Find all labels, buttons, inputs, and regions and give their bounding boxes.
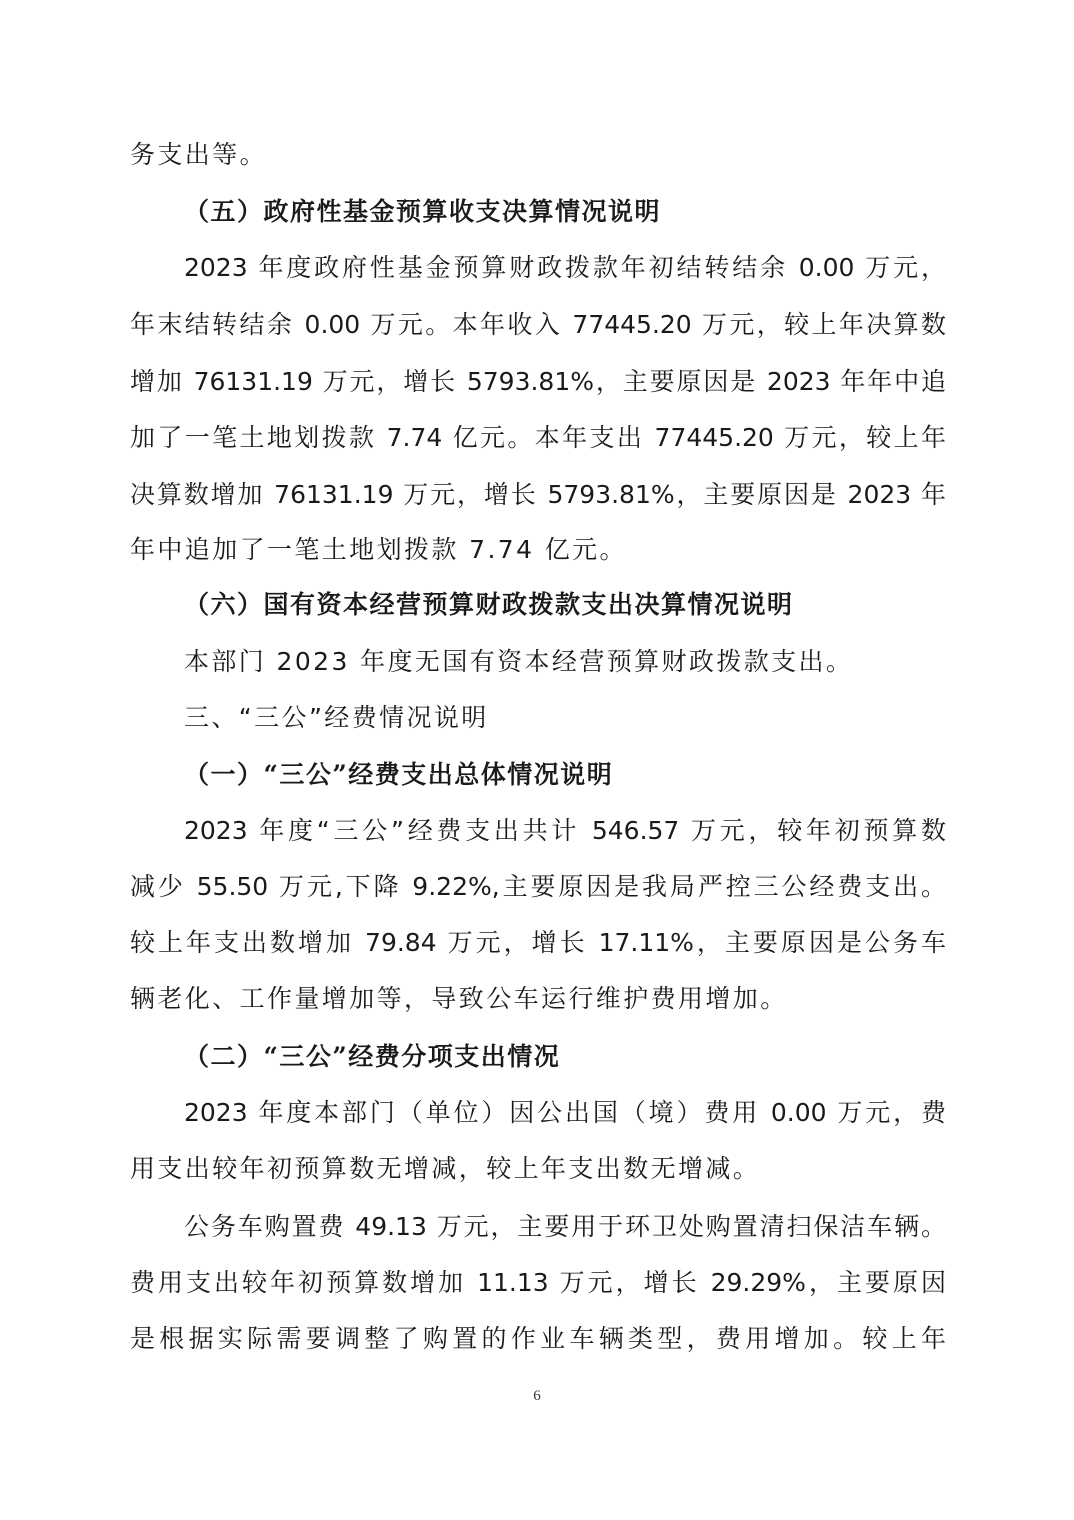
paragraph-line: 年中追加了一笔土地划拨款 7.74 亿元。 (130, 530, 946, 570)
paragraph-line: 减少 55.50 万元,下降 9.22%,主要原因是我局严控三公经费支出。 (130, 867, 946, 907)
paragraph-line: 年末结转结余 0.00 万元。本年收入 77445.20 万元，较上年决算数 (130, 305, 946, 345)
paragraph-line: 务支出等。 (130, 135, 946, 175)
paragraph-line: 决算数增加 76131.19 万元，增长 5793.81%，主要原因是 2023… (130, 475, 946, 515)
paragraph-line: 公务车购置费 49.13 万元，主要用于环卫处购置清扫保洁车辆。 (184, 1207, 946, 1247)
paragraph-line: 加了一笔土地划拨款 7.74 亿元。本年支出 77445.20 万元，较上年 (130, 418, 946, 458)
paragraph-line: 2023 年度“三公”经费支出共计 546.57 万元，较年初预算数 (184, 811, 946, 851)
section-heading: （一）“三公”经费支出总体情况说明 (184, 755, 946, 795)
page-number: 6 (0, 1388, 1074, 1405)
paragraph-line: 辆老化、工作量增加等，导致公车运行维护费用增加。 (130, 979, 946, 1019)
paragraph-line: 费用支出较年初预算数增加 11.13 万元，增长 29.29%，主要原因 (130, 1263, 946, 1303)
chapter-heading: 三、“三公”经费情况说明 (184, 698, 946, 738)
paragraph-line: 增加 76131.19 万元，增长 5793.81%，主要原因是 2023 年年… (130, 362, 946, 402)
paragraph-line: 2023 年度本部门（单位）因公出国（境）费用 0.00 万元，费 (184, 1093, 946, 1133)
document-page: 务支出等。 （五）政府性基金预算收支决算情况说明 2023 年度政府性基金预算财… (0, 0, 1074, 1520)
paragraph-line: 本部门 2023 年度无国有资本经营预算财政拨款支出。 (184, 642, 946, 682)
section-heading: （二）“三公”经费分项支出情况 (184, 1037, 946, 1077)
paragraph-line: 较上年支出数增加 79.84 万元，增长 17.11%，主要原因是公务车 (130, 923, 946, 963)
paragraph-line: 用支出较年初预算数无增减，较上年支出数无增减。 (130, 1149, 946, 1189)
paragraph-line: 2023 年度政府性基金预算财政拨款年初结转结余 0.00 万元， (184, 248, 946, 288)
section-heading: （六）国有资本经营预算财政拨款支出决算情况说明 (184, 585, 946, 625)
paragraph-line: 是根据实际需要调整了购置的作业车辆类型，费用增加。较上年 (130, 1319, 946, 1359)
section-heading: （五）政府性基金预算收支决算情况说明 (184, 192, 946, 232)
